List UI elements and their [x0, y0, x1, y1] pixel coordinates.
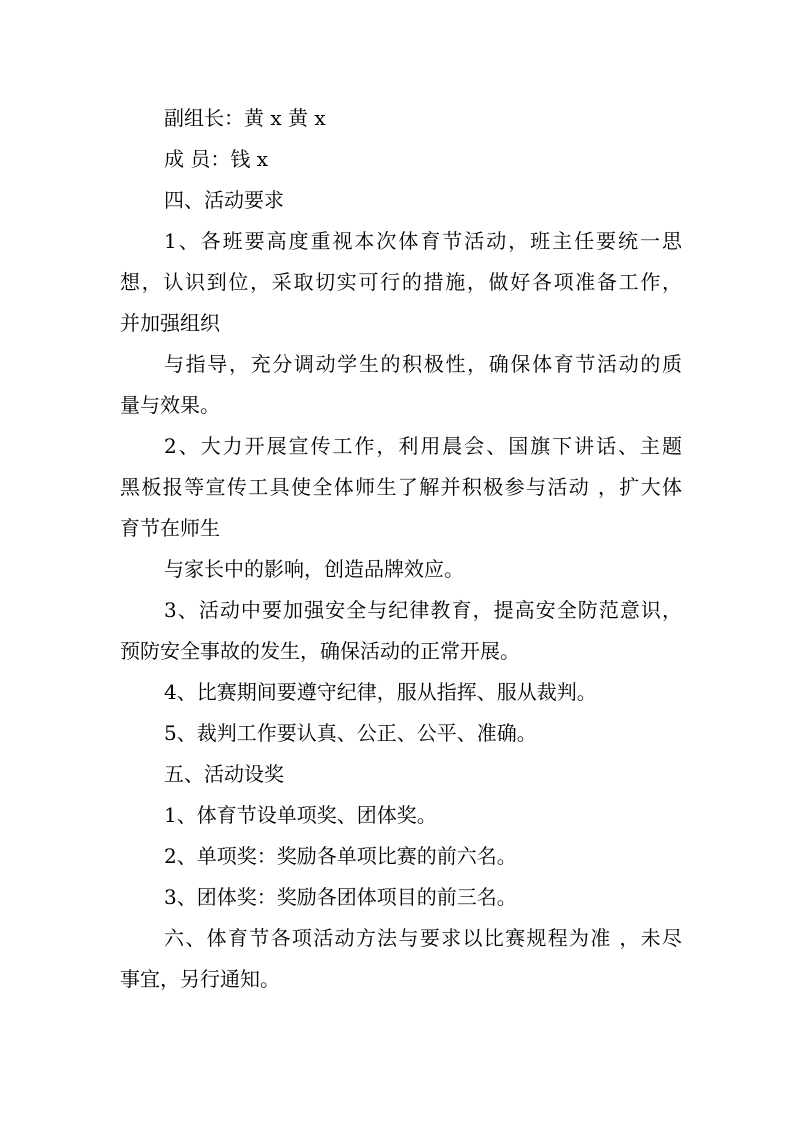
requirement-2-line-1: 2、大力开展宣传工作，利用晨会、国旗下讲话、主题	[164, 432, 682, 460]
requirement-3-line-1: 3、活动中要加强安全与纪律教育，提高安全防范意识，	[164, 596, 682, 624]
section-heading-awards: 五、活动设奖	[164, 760, 682, 788]
requirement-1-line-1: 1、各班要高度重视本次体育节活动，班主任要统一思	[164, 227, 682, 255]
award-1: 1、体育节设单项奖、团体奖。	[164, 801, 682, 829]
section-six-line-1: 六、体育节各项活动方法与要求以比赛规程为准 ，未尽	[164, 924, 682, 952]
requirement-1-line-4: 与指导，充分调动学生的积极性，确保体育节活动的质	[164, 350, 682, 378]
requirement-4: 4、比赛期间要遵守纪律，服从指挥、服从裁判。	[164, 678, 682, 706]
members-line: 成 员：钱 x	[164, 145, 682, 173]
document-page: 副组长：黄 x 黄 x 成 员：钱 x 四、活动要求 1、各班要高度重视本次体育…	[0, 0, 794, 1123]
requirement-5: 5、裁判工作要认真、公正、公平、准确。	[164, 719, 682, 747]
requirement-2-line-3: 育节在师生	[120, 514, 682, 542]
requirement-1-line-3: 并加强组织	[120, 309, 682, 337]
award-3: 3、团体奖：奖励各团体项目的前三名。	[164, 883, 682, 911]
section-heading-requirements: 四、活动要求	[164, 186, 682, 214]
requirement-1-line-5: 量与效果。	[120, 391, 682, 419]
requirement-2-line-4: 与家长中的影响，创造品牌效应。	[164, 555, 682, 583]
requirement-1-line-2: 想，认识到位，采取切实可行的措施，做好各项准备工作，	[120, 268, 682, 296]
award-2: 2、单项奖：奖励各单项比赛的前六名。	[164, 842, 682, 870]
section-six-line-2: 事宜，另行通知。	[120, 965, 682, 993]
vice-leader-line: 副组长：黄 x 黄 x	[164, 104, 682, 132]
requirement-2-line-2: 黑板报等宣传工具使全体师生了解并积极参与活动 ，扩大体	[120, 473, 682, 501]
requirement-3-line-2: 预防安全事故的发生，确保活动的正常开展。	[120, 637, 682, 665]
